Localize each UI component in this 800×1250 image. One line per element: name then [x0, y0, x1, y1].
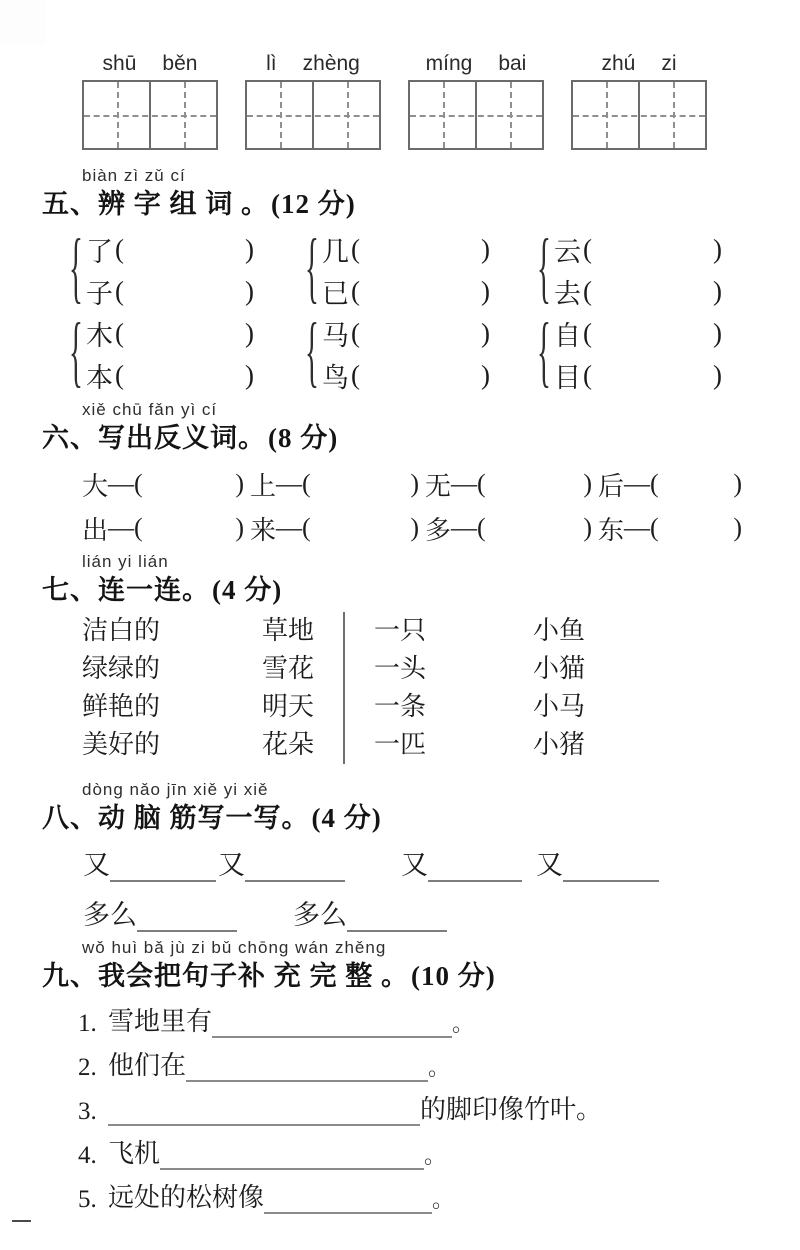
pinyin-label: míng bai	[408, 48, 544, 80]
close-paren: )	[245, 276, 254, 307]
fill-blank[interactable]	[428, 856, 522, 882]
dash-open-paren: —(	[624, 469, 659, 499]
match-item[interactable]: 鲜艳的	[82, 688, 262, 726]
match-item[interactable]: 小马	[533, 688, 643, 726]
you-char: 又	[83, 843, 110, 882]
close-paren: )	[410, 513, 419, 543]
char-pairs-grid: { 了() 子() { 几() 已() { 云() 去() { 木() 本()	[0, 228, 800, 396]
section9-pinyin: wǒ huì bǎ jù zi bǔ chōng wán zhěng	[0, 938, 800, 958]
match-item[interactable]: 花朵	[262, 726, 343, 764]
sentence-item: 5. 远处的松树像 。	[0, 1180, 800, 1214]
open-paren: (	[351, 276, 360, 307]
sentence-start: 他们在	[108, 1045, 186, 1082]
writing-cell[interactable]	[573, 82, 638, 148]
antonym-item: 出—()	[82, 506, 250, 550]
match-item[interactable]: 明天	[262, 688, 343, 726]
antonym-item: 上—()	[250, 462, 425, 506]
section9-score: (10 分)	[411, 961, 496, 991]
match-item[interactable]: 美好的	[82, 726, 262, 764]
pinyin-label: zhú zi	[571, 48, 707, 80]
close-paren: )	[713, 276, 722, 307]
close-paren: )	[245, 234, 254, 265]
close-paren: )	[245, 318, 254, 349]
matching-exercise: 洁白的 绿绿的 鲜艳的 美好的 草地 雪花 明天 花朵 一只 一头 一条 一匹 …	[0, 612, 800, 764]
writing-cell[interactable]	[149, 82, 216, 148]
close-paren: )	[481, 318, 490, 349]
writing-cell[interactable]	[410, 82, 475, 148]
match-item[interactable]: 小猫	[533, 650, 643, 688]
antonym-row: 大—() 上—() 无—() 后—()	[0, 462, 800, 506]
writing-grid[interactable]	[245, 80, 381, 150]
char-bottom: 子	[86, 272, 113, 311]
antonym-item: 多—()	[425, 506, 598, 550]
dash-open-paren: —(	[451, 513, 486, 543]
open-paren: (	[583, 276, 592, 307]
close-paren: )	[481, 360, 490, 391]
fill-blank[interactable]	[160, 1144, 424, 1170]
match-item[interactable]: 小猪	[533, 726, 643, 764]
open-paren: (	[351, 360, 360, 391]
pinyin-syllable: zhú	[601, 52, 635, 76]
sentence-end: 。	[424, 1139, 446, 1170]
item-number: 1.	[78, 1010, 108, 1038]
brace-glyph: {	[536, 255, 553, 452]
antonym-char: 无	[425, 466, 451, 503]
item-number: 2.	[78, 1054, 108, 1082]
fill-blank[interactable]	[186, 1056, 428, 1082]
antonym-item: 东—()	[598, 506, 748, 550]
section9-title: 九、我会把句子补 充 完 整 。(10 分)	[0, 958, 800, 994]
fill-blank[interactable]	[110, 856, 216, 882]
brace-glyph: {	[68, 255, 85, 452]
close-paren: )	[410, 469, 419, 499]
close-paren: )	[713, 360, 722, 391]
open-paren: (	[583, 318, 592, 349]
you-blanks-row: 又 又 又 又	[0, 848, 800, 882]
antonym-char: 大	[82, 466, 108, 503]
close-paren: )	[235, 513, 244, 543]
antonym-item: 来—()	[250, 506, 425, 550]
brace-glyph: {	[304, 255, 321, 452]
close-paren: )	[481, 276, 490, 307]
char-pair: { 几() 已()	[302, 228, 534, 312]
char-bottom: 已	[322, 272, 349, 311]
char-top: 了	[86, 230, 113, 269]
antonym-char: 后	[598, 466, 624, 503]
pinyin-label: shū běn	[82, 48, 218, 80]
page-fold-mark	[12, 1220, 31, 1222]
sentence-start: 飞机	[108, 1133, 160, 1170]
dash-open-paren: —(	[624, 513, 659, 543]
pinyin-word-group: zhú zi	[571, 48, 707, 150]
antonym-item: 后—()	[598, 462, 748, 506]
close-paren: )	[481, 234, 490, 265]
sentence-item: 2. 他们在 。	[0, 1048, 800, 1082]
match-column-measures: 一只 一头 一条 一匹	[343, 612, 533, 764]
section7-title: 七、连一连。(4 分)	[0, 572, 800, 608]
section8-score: (4 分)	[312, 803, 382, 833]
sentence-start: 远处的松树像	[108, 1177, 264, 1214]
writing-cell[interactable]	[475, 82, 542, 148]
close-paren: )	[583, 513, 592, 543]
char-bottom: 去	[554, 272, 581, 311]
item-number: 4.	[78, 1142, 108, 1170]
char-top: 自	[554, 314, 581, 353]
close-paren: )	[235, 469, 244, 499]
duome-word: 多么	[83, 893, 137, 932]
char-bottom: 目	[554, 356, 581, 395]
writing-cell[interactable]	[312, 82, 379, 148]
antonym-char: 上	[250, 466, 276, 503]
pinyin-syllable: míng	[426, 52, 473, 76]
match-item[interactable]: 小鱼	[533, 612, 643, 650]
section8-title: 八、动 脑 筋写一写。(4 分)	[0, 800, 800, 836]
open-paren: (	[115, 276, 124, 307]
dash-open-paren: —(	[108, 513, 143, 543]
char-pair: { 自() 目()	[534, 312, 800, 396]
close-paren: )	[733, 513, 742, 543]
writing-grid[interactable]	[408, 80, 544, 150]
item-number: 5.	[78, 1186, 108, 1214]
char-top: 几	[322, 230, 349, 269]
match-column-nouns: 草地 雪花 明天 花朵	[262, 612, 343, 764]
char-pair: { 了() 子()	[66, 228, 302, 312]
sentence-end: 。	[428, 1051, 450, 1082]
section5-pinyin: biàn zì zǔ cí	[0, 166, 800, 186]
match-item[interactable]: 洁白的	[82, 612, 262, 650]
pinyin-syllable: shū	[103, 52, 137, 76]
match-item[interactable]: 一头	[374, 650, 533, 688]
close-paren: )	[733, 469, 742, 499]
section7-pinyin: lián yi lián	[0, 552, 800, 572]
fill-blank[interactable]	[563, 856, 659, 882]
close-paren: )	[245, 360, 254, 391]
section6-title: 六、写出反义词。(8 分)	[0, 420, 800, 456]
pinyin-syllable: běn	[162, 52, 197, 76]
open-paren: (	[583, 360, 592, 391]
section5-title: 五、辨 字 组 词 。(12 分)	[0, 186, 800, 222]
match-item[interactable]: 一条	[374, 688, 533, 726]
dash-open-paren: —(	[108, 469, 143, 499]
open-paren: (	[583, 234, 592, 265]
match-item[interactable]: 草地	[262, 612, 343, 650]
section7-title-text: 七、连一连。	[42, 575, 210, 605]
sentence-item: 1. 雪地里有 。	[0, 1004, 800, 1038]
open-paren: (	[115, 318, 124, 349]
char-bottom: 本	[86, 356, 113, 395]
char-top: 云	[554, 230, 581, 269]
char-bottom: 鸟	[322, 356, 349, 395]
you-char: 又	[401, 843, 428, 882]
antonym-char: 出	[82, 510, 108, 547]
sentence-start: 雪地里有	[108, 1001, 212, 1038]
match-item[interactable]: 一只	[374, 612, 533, 650]
fill-blank[interactable]	[347, 906, 447, 932]
match-item[interactable]: 绿绿的	[82, 650, 262, 688]
writing-grid[interactable]	[571, 80, 707, 150]
pinyin-writing-section: shū běn lì zhèng míng bai	[0, 0, 800, 150]
pinyin-syllable: bai	[498, 52, 526, 76]
fill-blank[interactable]	[108, 1100, 420, 1126]
antonym-char: 来	[250, 510, 276, 547]
pinyin-word-group: lì zhèng	[245, 48, 381, 150]
fill-blank[interactable]	[264, 1188, 432, 1214]
sentence-end: 的脚印像竹叶。	[420, 1089, 602, 1126]
item-number: 3.	[78, 1098, 108, 1126]
section8-title-text: 八、动 脑 筋写一写。	[42, 803, 310, 833]
char-top: 马	[322, 314, 349, 353]
writing-grid[interactable]	[82, 80, 218, 150]
duome-word: 多么	[293, 893, 347, 932]
pinyin-syllable: zhèng	[303, 52, 360, 76]
pinyin-label: lì zhèng	[245, 48, 381, 80]
you-char: 又	[536, 843, 563, 882]
fill-blank[interactable]	[212, 1012, 452, 1038]
writing-cell[interactable]	[247, 82, 312, 148]
char-pair: { 木() 本()	[66, 312, 302, 396]
section6-pinyin: xiě chū fǎn yì cí	[0, 400, 800, 420]
sentence-item: 3. 的脚印像竹叶。	[0, 1092, 800, 1126]
antonym-item: 大—()	[82, 462, 250, 506]
pinyin-syllable: lì	[266, 52, 277, 76]
writing-cell[interactable]	[84, 82, 149, 148]
antonym-char: 东	[598, 510, 624, 547]
pinyin-word-group: shū běn	[82, 48, 218, 150]
open-paren: (	[115, 234, 124, 265]
sentence-end: 。	[452, 1007, 474, 1038]
dash-open-paren: —(	[451, 469, 486, 499]
open-paren: (	[115, 360, 124, 391]
open-paren: (	[351, 318, 360, 349]
fill-blank[interactable]	[245, 856, 345, 882]
dash-open-paren: —(	[276, 513, 311, 543]
pinyin-syllable: zi	[661, 52, 676, 76]
section7-score: (4 分)	[212, 575, 282, 605]
corner-smudge	[0, 0, 46, 44]
char-pair: { 云() 去()	[534, 228, 800, 312]
worksheet-page: shū běn lì zhèng míng bai	[0, 0, 800, 1250]
match-column-animals: 小鱼 小猫 小马 小猪	[533, 612, 643, 764]
close-paren: )	[583, 469, 592, 499]
fill-blank[interactable]	[137, 906, 237, 932]
match-item[interactable]: 一匹	[374, 726, 533, 764]
close-paren: )	[713, 318, 722, 349]
antonym-row: 出—() 来—() 多—() 东—()	[0, 506, 800, 550]
duome-blanks-row: 多么 多么	[0, 896, 800, 932]
dash-open-paren: —(	[276, 469, 311, 499]
open-paren: (	[351, 234, 360, 265]
char-top: 木	[86, 314, 113, 353]
char-pair: { 马() 鸟()	[302, 312, 534, 396]
writing-cell[interactable]	[638, 82, 705, 148]
match-column-adjectives: 洁白的 绿绿的 鲜艳的 美好的	[82, 612, 262, 764]
antonym-char: 多	[425, 510, 451, 547]
match-item[interactable]: 雪花	[262, 650, 343, 688]
you-char: 又	[218, 843, 245, 882]
sentence-end: 。	[432, 1183, 454, 1214]
close-paren: )	[713, 234, 722, 265]
sentence-item: 4. 飞机 。	[0, 1136, 800, 1170]
section8-pinyin: dòng nǎo jīn xiě yi xiě	[0, 780, 800, 800]
pinyin-word-group: míng bai	[408, 48, 544, 150]
section9-title-text: 九、我会把句子补 充 完 整 。	[42, 961, 409, 991]
antonym-item: 无—()	[425, 462, 598, 506]
